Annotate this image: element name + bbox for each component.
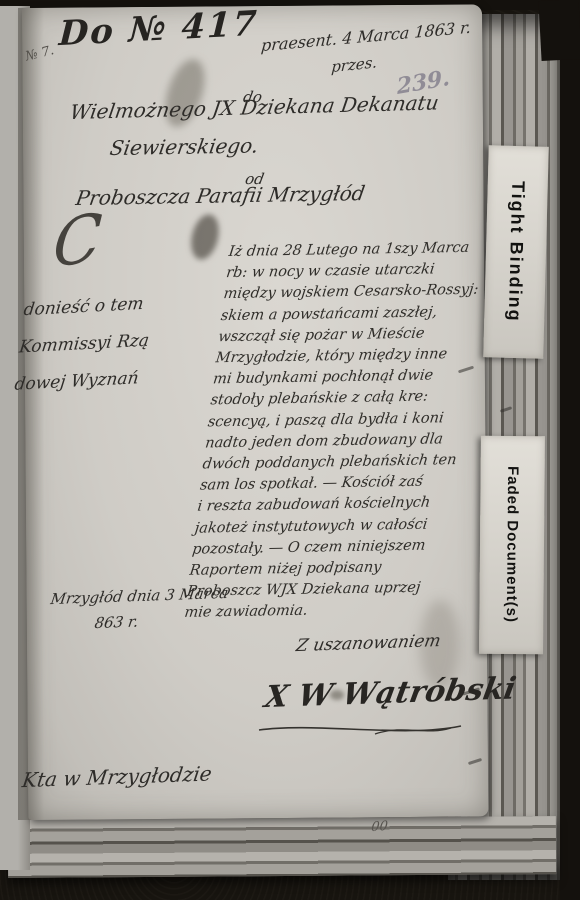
- archival-flag-faded-document: Faded Document(s): [479, 436, 545, 655]
- background-top-right-corner: [538, 0, 580, 61]
- paper-stain: [330, 690, 344, 700]
- flag-label: Tight Binding: [504, 181, 529, 323]
- paper-stain: [420, 600, 460, 690]
- scanned-archival-letter: Do № 417 praesent. 4 Marca 1863 r. przes…: [0, 0, 580, 900]
- gutter-shadow: [18, 8, 44, 820]
- flag-label: Faded Document(s): [503, 466, 521, 623]
- archival-flag-tight-binding: Tight Binding: [483, 145, 549, 358]
- document-page: [22, 4, 488, 820]
- background-right-edge: [560, 0, 580, 900]
- book-page-edges-bottom: [8, 816, 556, 878]
